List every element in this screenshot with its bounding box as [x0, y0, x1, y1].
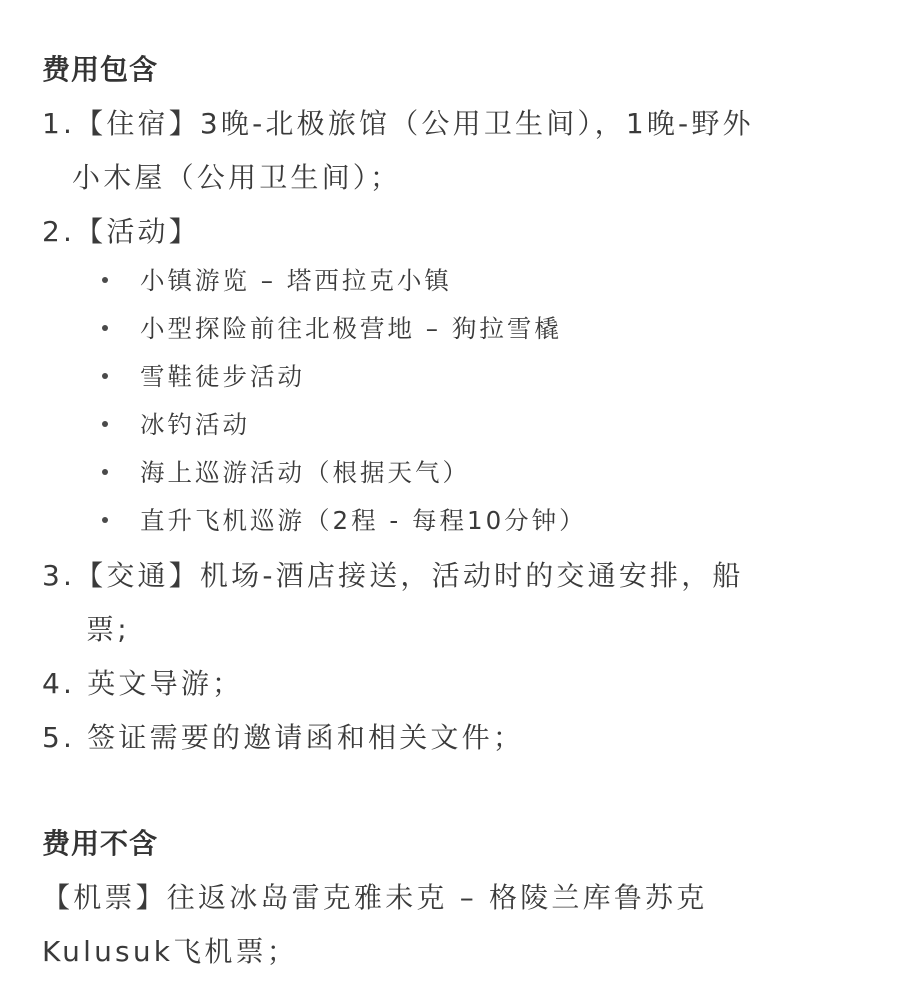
activity-bullet: 海上巡游活动（根据天气）: [100, 454, 470, 489]
activity-text: 海上巡游活动（根据天气）: [140, 454, 470, 489]
bullet-icon: [102, 517, 108, 523]
excluded-item-1-line2: Kulusuk飞机票；: [42, 930, 298, 970]
bullet-icon: [102, 469, 108, 475]
bullet-icon: [102, 421, 108, 427]
activity-text: 小型探险前往北极营地 – 狗拉雪橇: [140, 310, 562, 345]
activity-bullet: 冰钓活动: [100, 406, 250, 441]
bullet-icon: [102, 277, 108, 283]
included-heading: 费用包含: [42, 48, 158, 88]
pricing-document: 费用包含 1.【住宿】3晚-北极旅馆（公用卫生间），1晚-野外 小木屋（公用卫生…: [0, 0, 900, 995]
activity-bullet: 直升飞机巡游（2程 - 每程10分钟）: [100, 502, 587, 537]
activity-text: 小镇游览 – 塔西拉克小镇: [140, 262, 452, 297]
included-item-3-line1: 3.【交通】机场-酒店接送，活动时的交通安排，船: [42, 554, 744, 594]
activity-bullet: 小型探险前往北极营地 – 狗拉雪橇: [100, 310, 562, 345]
included-item-1-line1: 1.【住宿】3晚-北极旅馆（公用卫生间），1晚-野外: [42, 102, 754, 142]
included-item-1-line2: 小木屋（公用卫生间）；: [72, 156, 401, 196]
bullet-icon: [102, 325, 108, 331]
activity-bullet: 小镇游览 – 塔西拉克小镇: [100, 262, 452, 297]
bullet-icon: [102, 373, 108, 379]
included-item-4: 4. 英文导游；: [42, 662, 243, 702]
activity-text: 雪鞋徒步活动: [140, 358, 305, 393]
activity-text: 直升飞机巡游（2程 - 每程10分钟）: [140, 502, 587, 537]
activity-text: 冰钓活动: [140, 406, 250, 441]
activity-bullet: 雪鞋徒步活动: [100, 358, 305, 393]
included-item-3-line2: 票;: [86, 608, 130, 648]
excluded-heading: 费用不含: [42, 822, 158, 862]
excluded-item-1-line1: 【机票】往返冰岛雷克雅未克 – 格陵兰库鲁苏克: [42, 876, 707, 916]
included-item-5: 5. 签证需要的邀请函和相关文件；: [42, 716, 524, 756]
included-item-2-heading: 2.【活动】: [42, 210, 200, 250]
